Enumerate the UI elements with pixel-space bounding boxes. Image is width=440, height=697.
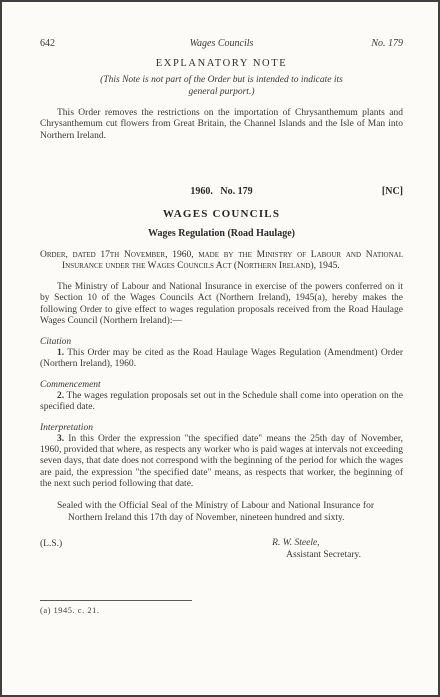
signature-row: (L.S.) R. W. Steele, Assistant Secretary… (40, 537, 403, 562)
explanatory-note-subnote: (This Note is not part of the Order but … (86, 75, 358, 98)
sealed-clause: Sealed with the Official Seal of the Min… (40, 501, 374, 524)
footnote-text: (a) 1945. c. 21. (40, 605, 192, 615)
section-text: In this Order the expression "the specif… (40, 434, 403, 489)
order-preamble: The Ministry of Labour and National Insu… (40, 282, 403, 327)
document-subtitle: Wages Regulation (Road Haulage) (40, 228, 403, 239)
order-heading: Order, dated 17th November, 1960, made b… (40, 250, 403, 273)
section-text: The wages regulation proposals set out i… (40, 391, 403, 412)
section-heading-citation: Citation (40, 337, 403, 347)
signatory-title: Assistant Secretary. (272, 549, 361, 562)
order-year-number: 1960. No. 179 (190, 186, 252, 197)
section-interpretation: 3. In this Order the expression "the spe… (40, 434, 403, 490)
footnote: (a) 1945. c. 21. (40, 600, 192, 615)
signatory-name: R. W. Steele, (272, 537, 361, 550)
issue-number: No. 179 (253, 38, 403, 49)
nc-tag: [NC] (382, 186, 403, 197)
explanatory-note-body: This Order removes the restrictions on t… (40, 108, 403, 142)
order-number-line: 1960. No. 179 [NC] (40, 186, 403, 197)
document-page: 642 Wages Councils No. 179 EXPLANATORY N… (0, 0, 440, 697)
section-text: This Order may be cited as the Road Haul… (40, 348, 403, 369)
section-heading-interpretation: Interpretation (40, 423, 403, 433)
signature-block: R. W. Steele, Assistant Secretary. (272, 537, 361, 562)
section-commencement: 2. The wages regulation proposals set ou… (40, 391, 403, 414)
running-title: Wages Councils (190, 38, 254, 49)
document-title: WAGES COUNCILS (40, 208, 403, 220)
section-citation: 1. This Order may be cited as the Road H… (40, 348, 403, 371)
page-content: 642 Wages Councils No. 179 EXPLANATORY N… (2, 2, 438, 562)
seal-mark: (L.S.) (40, 537, 62, 562)
section-heading-commencement: Commencement (40, 380, 403, 390)
running-header: 642 Wages Councils No. 179 (40, 38, 403, 49)
page-number: 642 (40, 38, 190, 49)
explanatory-note-heading: EXPLANATORY NOTE (40, 58, 403, 69)
footnote-rule (40, 600, 192, 601)
